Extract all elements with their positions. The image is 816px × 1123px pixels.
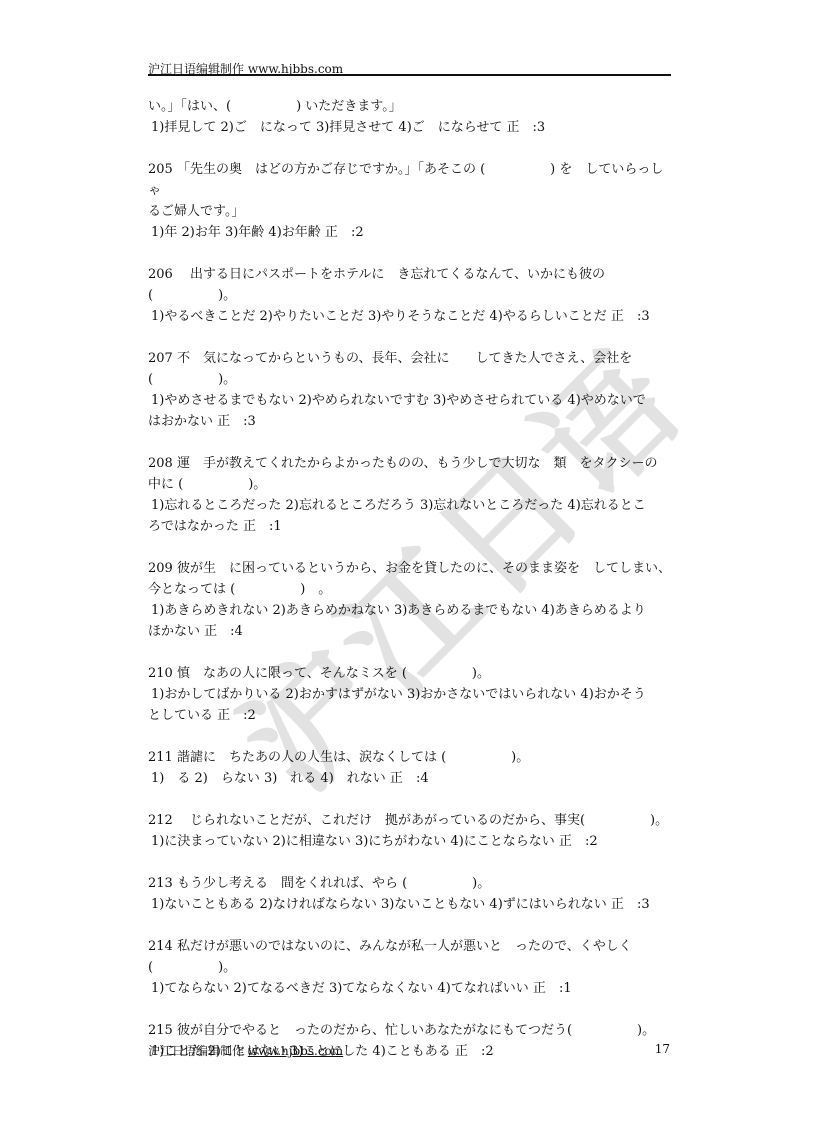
question-item: 205 「先生の奥 はどの方かご存じですか。」「あそこの ( ) を していらっ… [148, 159, 673, 243]
question-options: 1)やめさせるまでもない 2)やめられないですむ 3)やめさせられている 4)や… [148, 390, 673, 411]
options-text: はおかない [148, 414, 213, 429]
question-number: 208 [148, 456, 173, 471]
question-number: 214 [148, 939, 173, 954]
options-text: 1)年 2)お年 3)年齢 4)お年齢 [151, 225, 321, 240]
question-options: ろではなかった 正 :1 [148, 516, 673, 537]
answer-value: :3 [637, 309, 650, 324]
continuation-text: い。」「はい、( ) いただきます。」 [148, 96, 673, 117]
question-options: はおかない 正 :3 [148, 411, 673, 432]
stem-text: ( )。 [148, 372, 236, 387]
stem-text: ( )。 [148, 960, 236, 975]
options-text: としている [148, 708, 213, 723]
question-number: 215 [148, 1023, 173, 1038]
question-stem: 206 出する日にパスポートをホテルに き忘れてくるなんて、いかにも彼の( )。 [148, 264, 673, 306]
question-item: 208 運 手が教えてくれたからよかったものの、もう少しで大切な 類 をタクシー… [148, 453, 673, 537]
question-number: 212 [148, 813, 173, 828]
options-text: 1)忘れるところだった 2)忘れるところだろう 3)忘れないところだった 4)忘… [151, 498, 646, 513]
options-text: ろではなかった [148, 519, 239, 534]
question-stem: 214 私だけが悪いのではないのに、みんなが私一人が悪いと ったので、くやしく [148, 936, 673, 957]
question-options: としている 正 :2 [148, 705, 673, 726]
question-stem: 210 慎 なあの人に限って、そんなミスを ( )。 [148, 663, 673, 684]
stem-text: じられないことだが、これだけ 拠があがっているのだから、事実( )。 [177, 813, 668, 828]
question-item: 214 私だけが悪いのではないのに、みんなが私一人が悪いと ったので、くやしく(… [148, 936, 673, 999]
answer-value: :4 [416, 771, 429, 786]
stem-text: 彼が生 に困っているというから、お金を貸したのに、そのまま姿を してしまい、 [177, 561, 671, 576]
question-stem-continued: ( )。 [148, 957, 673, 978]
question-stem-continued: 中に ( )。 [148, 474, 673, 495]
stem-text: 今となっては ( ) 。 [148, 582, 331, 597]
options-text: 1)拝見して 2)ご になって 3)拝見させて 4)ご にならせて [151, 120, 502, 135]
stem-text: 慎 なあの人に限って、そんなミスを ( )。 [177, 666, 490, 681]
question-item: 209 彼が生 に困っているというから、お金を貸したのに、そのまま姿を してしま… [148, 558, 673, 642]
question-options: 1)年 2)お年 3)年齢 4)お年齢 正 :2 [148, 222, 673, 243]
question-item: 206 出する日にパスポートをホテルに き忘れてくるなんて、いかにも彼の( )。… [148, 264, 673, 327]
options-text: 1)ないこともある 2)なければならない 3)ないこともない 4)ずにはいられな… [151, 897, 607, 912]
question-options: 1)あきらめきれない 2)あきらめかねない 3)あきらめるまでもない 4)あきら… [148, 600, 673, 621]
answer-label: 正 [507, 120, 533, 135]
answer-value: :2 [243, 708, 256, 723]
answer-label: 正 [325, 225, 351, 240]
stem-text: 彼が自分でやると ったのだから、忙しいあなたがなにもてつだう( )。 [177, 1023, 655, 1038]
stem-text: 不 気になってからというもの、長年、会社に してきた人でさえ、会社を [177, 351, 632, 366]
options-text: ほかない [148, 624, 200, 639]
header-divider [148, 74, 671, 76]
question-item: 207 不 気になってからというもの、長年、会社に してきた人でさえ、会社を( … [148, 348, 673, 432]
question-item: 213 もう少し考える 間をくれれば、やら ( )。1)ないこともある 2)なけ… [148, 873, 673, 915]
answer-label: 正 [533, 981, 559, 996]
question-options: 1)おかしてばかりいる 2)おかすはずがない 3)おかさないではいられない 4)… [148, 684, 673, 705]
question-stem-continued: 今となっては ( ) 。 [148, 579, 673, 600]
page-number: 17 [655, 1042, 670, 1056]
question-options: 1)てならない 2)てなるべきだ 3)てならなくない 4)てなればいい 正 :1 [148, 978, 673, 999]
answer-label: 正 [217, 414, 243, 429]
continuation-options: 1)拝見して 2)ご になって 3)拝見させて 4)ご にならせて 正 :3 [148, 117, 673, 138]
question-stem: 215 彼が自分でやると ったのだから、忙しいあなたがなにもてつだう( )。 [148, 1020, 673, 1041]
stem-text: もう少し考える 間をくれれば、やら ( )。 [177, 876, 490, 891]
question-number: 211 [148, 750, 173, 765]
answer-value: :3 [243, 414, 256, 429]
footer-site-link[interactable]: www.hjbbs.com [248, 1044, 343, 1058]
answer-label: 正 [611, 309, 637, 324]
question-options: 1)ないこともある 2)なければならない 3)ないこともない 4)ずにはいられな… [148, 894, 673, 915]
options-text: 1)やるべきことだ 2)やりたいことだ 3)やりそうなことだ 4)やるらしいこと… [151, 309, 607, 324]
question-stem-continued: ( )。 [148, 369, 673, 390]
stem-text: るご婦人です。」 [148, 204, 244, 219]
stem-text: 中に ( )。 [148, 477, 266, 492]
options-text: 1) る 2) らない 3) れる 4) れない [151, 771, 386, 786]
page-footer: 沪江日语编辑制作 www.hjbbs.com 17 [148, 1042, 670, 1059]
question-number: 210 [148, 666, 173, 681]
answer-value: :3 [533, 120, 546, 135]
answer-label: 正 [243, 519, 269, 534]
answer-label: 正 [559, 834, 585, 849]
answer-value: :3 [637, 897, 650, 912]
footer-org: 沪江日语编辑制作 [148, 1044, 244, 1058]
options-text: 1)おかしてばかりいる 2)おかすはずがない 3)おかさないではいられない 4)… [151, 687, 646, 702]
answer-value: :2 [585, 834, 598, 849]
document-body: い。」「はい、( ) いただきます。」 1)拝見して 2)ご になって 3)拝見… [148, 96, 673, 1083]
answer-label: 正 [611, 897, 637, 912]
question-stem-continued: るご婦人です。」 [148, 201, 673, 222]
question-stem: 205 「先生の奥 はどの方かご存じですか。」「あそこの ( ) を していらっ… [148, 159, 673, 201]
options-text: 1)に決まっていない 2)に相違ない 3)にちがわない 4)にことならない [151, 834, 555, 849]
answer-label: 正 [217, 708, 243, 723]
question-number: 207 [148, 351, 173, 366]
question-options: ほかない 正 :4 [148, 621, 673, 642]
question-list: 205 「先生の奥 はどの方かご存じですか。」「あそこの ( ) を していらっ… [148, 159, 673, 1062]
stem-text: 私だけが悪いのではないのに、みんなが私一人が悪いと ったので、くやしく [177, 939, 632, 954]
question-number: 209 [148, 561, 173, 576]
answer-label: 正 [390, 771, 416, 786]
continuation-block: い。」「はい、( ) いただきます。」 1)拝見して 2)ご になって 3)拝見… [148, 96, 673, 138]
answer-value: :1 [559, 981, 572, 996]
options-text: 1)やめさせるまでもない 2)やめられないですむ 3)やめさせられている 4)や… [151, 393, 646, 408]
question-number: 206 [148, 267, 173, 282]
stem-text: 「先生の奥 はどの方かご存じですか。」「あそこの ( ) を していらっしゃ [148, 162, 663, 198]
answer-value: :2 [351, 225, 364, 240]
question-options: 1)忘れるところだった 2)忘れるところだろう 3)忘れないところだった 4)忘… [148, 495, 673, 516]
answer-value: :1 [269, 519, 282, 534]
question-options: 1) る 2) らない 3) れる 4) れない 正 :4 [148, 768, 673, 789]
question-stem: 213 もう少し考える 間をくれれば、やら ( )。 [148, 873, 673, 894]
question-stem: 212 じられないことだが、これだけ 拠があがっているのだから、事実( )。 [148, 810, 673, 831]
question-options: 1)に決まっていない 2)に相違ない 3)にちがわない 4)にことならない 正 … [148, 831, 673, 852]
answer-label: 正 [204, 624, 230, 639]
question-number: 205 [148, 162, 173, 177]
answer-value: :4 [230, 624, 243, 639]
question-stem: 208 運 手が教えてくれたからよかったものの、もう少しで大切な 類 をタクシー… [148, 453, 673, 474]
question-stem: 211 諧謔に ちたあの人の人生は、涙なくしては ( )。 [148, 747, 673, 768]
stem-text: 出する日にパスポートをホテルに き忘れてくるなんて、いかにも彼の( )。 [148, 267, 605, 303]
question-stem: 209 彼が生 に困っているというから、お金を貸したのに、そのまま姿を してしま… [148, 558, 673, 579]
question-options: 1)やるべきことだ 2)やりたいことだ 3)やりそうなことだ 4)やるらしいこと… [148, 306, 673, 327]
options-text: 1)あきらめきれない 2)あきらめかねない 3)あきらめるまでもない 4)あきら… [151, 603, 646, 618]
question-number: 213 [148, 876, 173, 891]
question-item: 212 じられないことだが、これだけ 拠があがっているのだから、事実( )。1)… [148, 810, 673, 852]
question-stem: 207 不 気になってからというもの、長年、会社に してきた人でさえ、会社を [148, 348, 673, 369]
options-text: 1)てならない 2)てなるべきだ 3)てならなくない 4)てなればいい [151, 981, 529, 996]
stem-text: 諧謔に ちたあの人の人生は、涙なくしては ( )。 [177, 750, 529, 765]
stem-text: 運 手が教えてくれたからよかったものの、もう少しで大切な 類 をタクシーの [177, 456, 657, 471]
question-item: 211 諧謔に ちたあの人の人生は、涙なくしては ( )。1) る 2) らない… [148, 747, 673, 789]
question-item: 210 慎 なあの人に限って、そんなミスを ( )。1)おかしてばかりいる 2)… [148, 663, 673, 726]
